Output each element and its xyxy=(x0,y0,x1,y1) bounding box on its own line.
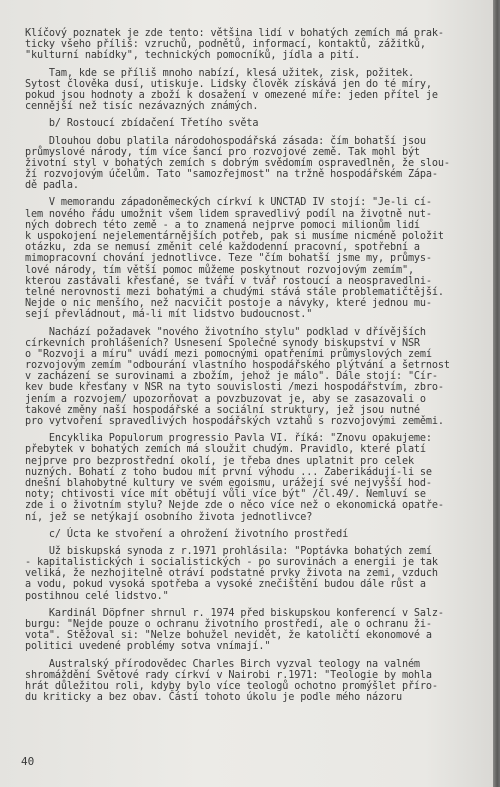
text-line: politici uvedené problémy sotva vnímají.… xyxy=(25,641,500,652)
text-line: telné nerovnosti mezi bohatými a chudými… xyxy=(25,287,500,298)
text-line: Encyklika Populorum progressio Pavla VI.… xyxy=(25,433,500,444)
text-line: rozvojovým zemím "odbourání vlastního ho… xyxy=(25,360,500,371)
text-line: přebytek v bohatých zemích má sloužit ch… xyxy=(25,444,500,455)
text-line: Nachází požadavek "nového životního styl… xyxy=(25,327,500,338)
scanned-page: Klíčový poznatek je zde tento: většina l… xyxy=(0,0,500,787)
text-line: kterou zastávali křesťané, se tváří v tv… xyxy=(25,276,500,287)
text-line: ží rozvojovým účelům. Tato "samozřejmost… xyxy=(25,169,500,180)
text-line: du kriticky a bez obav. Částí tohoto úko… xyxy=(25,692,500,703)
text-line: pro vytvoření spravedlivých hospodářskýc… xyxy=(25,416,500,427)
text-line: nejprve pro bezprostřední okolí, je třeb… xyxy=(25,456,500,467)
text-line: kev bude křesťany v NSR na tyto souvislo… xyxy=(25,382,500,393)
text-line: otázku, zda se nemusí změnit celé každod… xyxy=(25,242,500,253)
text-line: shromáždění Světové rady církví v Nairob… xyxy=(25,670,500,681)
text-line: burgu: "Nejde pouze o ochranu životního … xyxy=(25,619,500,630)
text-line: životní styl v bohatých zemích s dobrým … xyxy=(25,158,500,169)
text-line: cennější než tisíc nezávazných známých. xyxy=(25,101,500,112)
text-line: V memorandu západoněmeckých církví k UNC… xyxy=(25,197,500,208)
text-line: zde i o životním stylu? Nejde zde o něco… xyxy=(25,500,500,511)
text-line: sejí převládnout, má-li mít lidstvo budo… xyxy=(25,309,500,320)
typewritten-body: Klíčový poznatek je zde tento: většina l… xyxy=(25,28,500,703)
text-line: lem nového řádu umožnit všem lidem sprav… xyxy=(25,209,500,220)
binding-shadow xyxy=(493,0,500,787)
text-line: Tam, kde se příliš mnoho nabízí, klesá u… xyxy=(25,68,500,79)
section-heading: b/ Rostoucí zbídačení Třetího světa xyxy=(25,118,500,129)
text-line: ných dobrech této země - a to znamená ne… xyxy=(25,220,500,231)
text-line: ní, jež se netýkají osobního života jedn… xyxy=(25,512,500,523)
text-line: vota". Stěžoval si: "Nelze bohužel nevid… xyxy=(25,630,500,641)
section-heading: c/ Úcta ke stvoření a ohrožení životního… xyxy=(25,529,500,540)
text-line: noty; chtivosti více mít obětují vůli ví… xyxy=(25,489,500,500)
text-line: Klíčový poznatek je zde tento: většina l… xyxy=(25,28,500,39)
text-line: "kulturní nabídky", technických pomocník… xyxy=(25,50,500,61)
text-line: průmyslové národy, tím více šancí pro ro… xyxy=(25,147,500,158)
text-line: Dlouhou dobu platila národohospodářská z… xyxy=(25,136,500,147)
text-line: - kapitalistických i socialistických - p… xyxy=(25,557,500,568)
text-line: hrát důležitou roli, kdyby bylo více teo… xyxy=(25,681,500,692)
text-line: v zacházení se surovinami a zbožím, jeho… xyxy=(25,371,500,382)
text-line: k uspokojení nejelementárnějších potřeb,… xyxy=(25,231,500,242)
page-number: 40 xyxy=(21,755,34,768)
text-line: ticky všeho příliš: vzruchů, podnětů, in… xyxy=(25,39,500,50)
text-line: dnešní blahobytné kultury ve svém egoism… xyxy=(25,478,500,489)
text-line: Kardinál Döpfner shrnul r. 1974 před bis… xyxy=(25,608,500,619)
text-line: Už biskupská synoda z r.1971 prohlásila:… xyxy=(25,546,500,557)
text-line: pokud jsou hodnoty a zboží k dosažení v … xyxy=(25,90,500,101)
text-line: Australský přírodovědec Charles Birch vy… xyxy=(25,659,500,670)
text-line: veliká, že nezhojitelně otráví podstatné… xyxy=(25,568,500,579)
text-line: o "Rozvoji a míru" uvádí mezi pomocnými … xyxy=(25,349,500,360)
text-line: nuzných. Bohatí z toho budou mít první v… xyxy=(25,467,500,478)
text-line: jením a rozvojem/ upozorňovat a povzbuzo… xyxy=(25,394,500,405)
text-line: dě padla. xyxy=(25,180,500,191)
text-line: Nejde o nic menšího, než nacvičit postoj… xyxy=(25,298,500,309)
text-line: mimopracovní chování jednotlivce. Teze "… xyxy=(25,253,500,264)
text-line: takové změny naší hospodářské a sociální… xyxy=(25,405,500,416)
text-line: Sytost člověka dusí, utiskuje. Lidsky čl… xyxy=(25,79,500,90)
text-line: a vodu, pokud vysoká spotřeba a vysoké z… xyxy=(25,579,500,590)
text-line: lové národy, tím větší pomoc můžeme posk… xyxy=(25,265,500,276)
text-line: postihnou celé lidstvo." xyxy=(25,591,500,602)
text-line: církevních prohlášeních? Usnesení Společ… xyxy=(25,338,500,349)
